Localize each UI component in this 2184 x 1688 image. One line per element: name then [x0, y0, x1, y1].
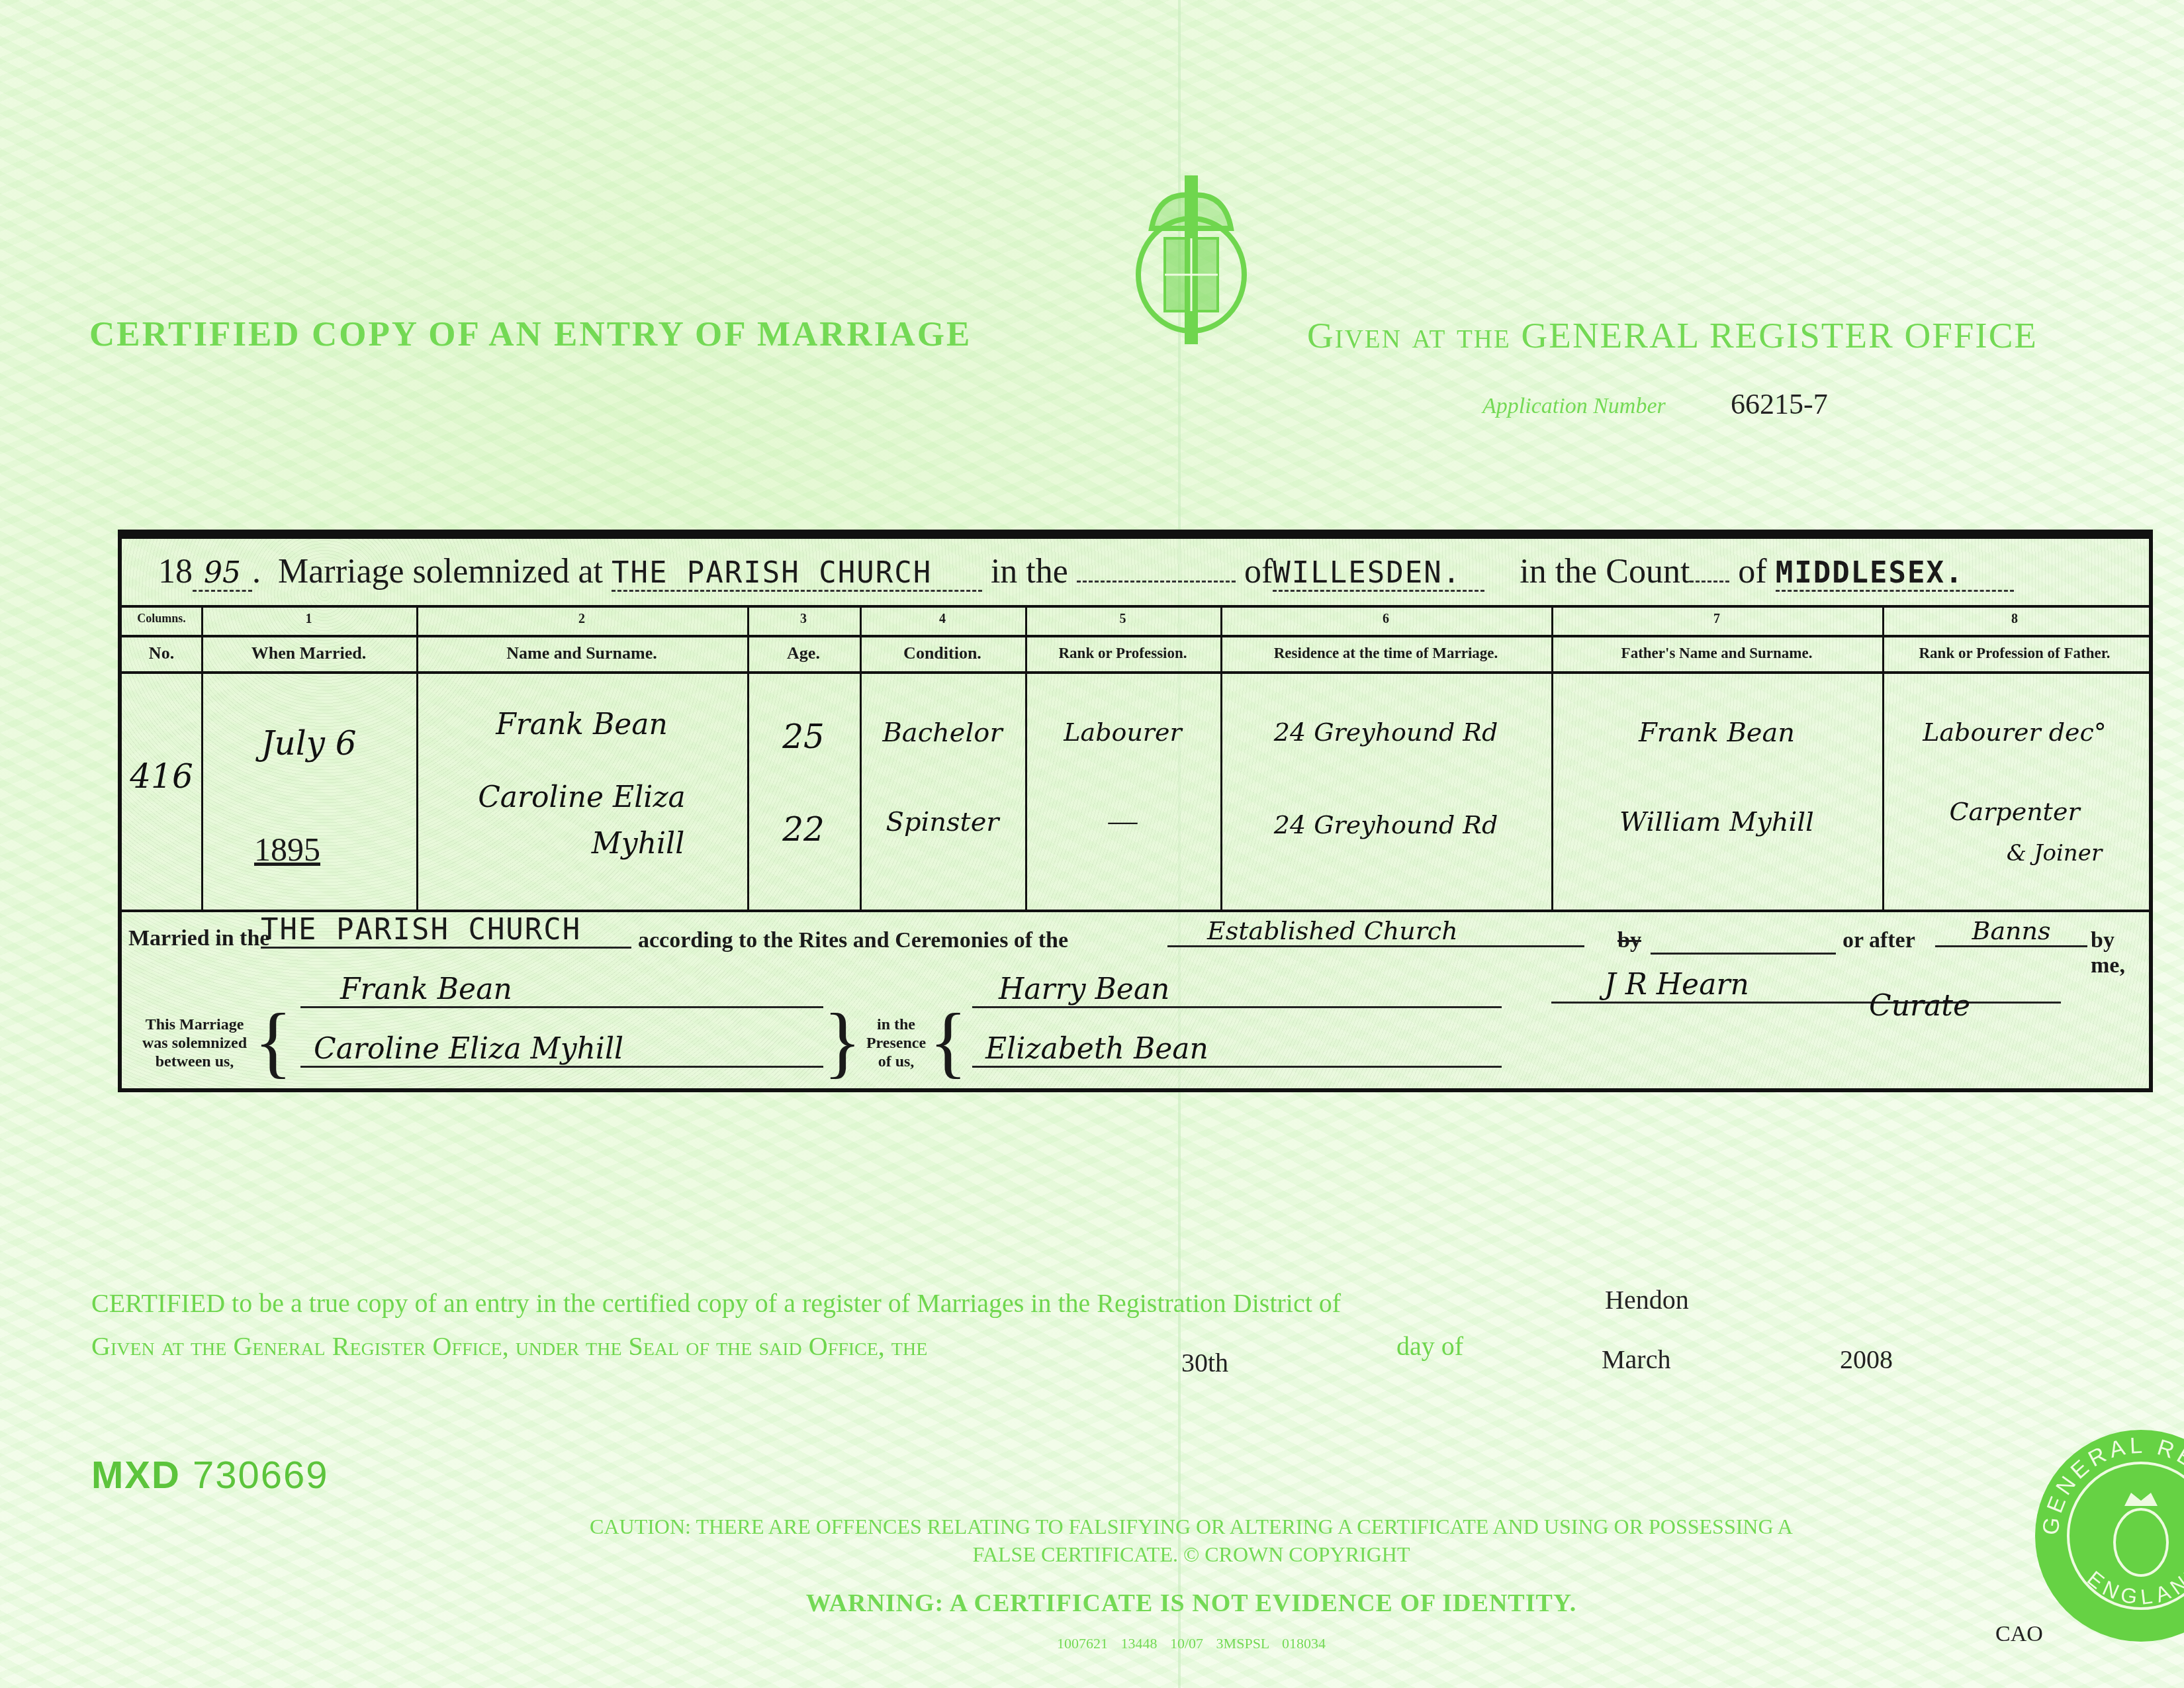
year-suffix: 95 — [193, 556, 252, 592]
in-the-label: in the — [991, 552, 1068, 591]
rites-label: according to the Rites and Ceremonies of… — [638, 928, 1068, 953]
or-after-value: Banns — [1935, 916, 2087, 947]
application-number: 66215-7 — [1731, 387, 1828, 421]
column-number: 1 — [201, 612, 416, 627]
bride-name-line1: Caroline Eliza — [416, 780, 747, 814]
marriage-register-entry: 1895. Marriage solemnized at THE PARISH … — [118, 530, 2153, 1092]
certified-word: CERTIFIED — [91, 1288, 225, 1318]
marriage-year: 1895 — [201, 830, 373, 868]
between-label: This Marriage was solemnized between us, — [135, 1015, 254, 1071]
county-of-label: of — [1738, 552, 1766, 591]
given-at-title: Given at the GENERAL REGISTER OFFICE — [1307, 314, 2038, 356]
certified-text: to be a true copy of an entry in the cer… — [232, 1288, 1341, 1318]
district-blank — [1077, 581, 1236, 583]
witness-2: Elizabeth Bean — [972, 1032, 1502, 1068]
general-register-office-seal-icon: GENERAL REGISTER OFFICE ENGLAND — [2032, 1427, 2184, 1645]
entry-number: 416 — [122, 757, 201, 796]
groom-name: Frank Bean — [416, 708, 747, 741]
or-after-label: or after — [1843, 928, 1915, 953]
rites-value: Established Church — [1167, 916, 1584, 947]
divider — [122, 671, 2149, 674]
marriage-date: July 6 — [201, 724, 416, 763]
groom-residence: 24 Greyhound Rd — [1220, 718, 1551, 747]
header-condition: Condition. — [860, 637, 1025, 670]
certificate-title: CERTIFIED COPY OF AN ENTRY OF MARRIAGE — [89, 314, 972, 354]
parish-name: WILLESDEN. — [1273, 556, 1484, 592]
groom-age: 25 — [747, 718, 860, 756]
bride-name-line2: Myhill — [532, 827, 744, 861]
day-of-label: day of — [1396, 1331, 1463, 1362]
column-number: 5 — [1025, 612, 1220, 627]
groom-father-rank: Labourer dec° — [1882, 718, 2147, 747]
header-father-name: Father's Name and Surname. — [1551, 637, 1882, 670]
column-number: 3 — [747, 612, 860, 627]
year-prefix: 18 — [158, 552, 193, 591]
groom-rank: Labourer — [1025, 718, 1220, 747]
register-title-line: 1895. Marriage solemnized at THE PARISH … — [158, 552, 2014, 592]
bride-rank: — — [1025, 804, 1220, 837]
married-in-label: Married in the — [128, 926, 269, 951]
serial-number: 730669 — [193, 1454, 329, 1497]
presence-label: in the Presence of us, — [856, 1015, 936, 1071]
certificate-serial: MXD 730669 — [91, 1453, 329, 1497]
header-age: Age. — [747, 637, 860, 670]
column-number: 6 — [1220, 612, 1551, 627]
serial-prefix: MXD — [91, 1454, 181, 1497]
print-code: 1007621 13448 10/07 3MSPSL 018034 — [463, 1635, 1919, 1652]
bride-age: 22 — [747, 810, 860, 849]
column-number: 8 — [1882, 612, 2147, 627]
column-number: 4 — [860, 612, 1025, 627]
witness-1: Harry Bean — [972, 972, 1502, 1008]
bride-father-rank-line2: & Joiner — [1962, 840, 2147, 867]
divider — [122, 910, 2149, 912]
left-brace: { — [254, 1002, 293, 1082]
left-brace: { — [929, 1002, 968, 1082]
bride-condition: Spinster — [860, 807, 1025, 837]
solemnized-label: Marriage solemnized at — [278, 552, 603, 591]
by-me-label: by me, — [2091, 928, 2149, 978]
royal-coat-of-arms-icon — [1118, 165, 1264, 351]
header-when-married: When Married. — [201, 637, 416, 670]
columns-label: Columns. — [122, 612, 201, 626]
identity-warning: WARNING: A CERTIFICATE IS NOT EVIDENCE O… — [463, 1589, 1919, 1618]
column-number: 7 — [1551, 612, 1882, 627]
caution-notice: CAUTION: THERE ARE OFFENCES RELATING TO … — [463, 1513, 1919, 1568]
header-father-rank: Rank or Profession of Father. — [1882, 637, 2147, 670]
certification-line-2: Given at the General Register Office, un… — [91, 1331, 927, 1362]
column-number: 2 — [416, 612, 747, 627]
bride-father-name: William Myhill — [1551, 807, 1882, 837]
groom-signature: Frank Bean — [300, 972, 823, 1008]
right-brace: } — [823, 1002, 862, 1082]
certification-month: March — [1602, 1344, 1670, 1375]
groom-condition: Bachelor — [860, 718, 1025, 748]
header-residence: Residence at the time of Marriage. — [1220, 637, 1551, 670]
certification-day: 30th — [1181, 1347, 1228, 1378]
solemnized-place: THE PARISH CHURCH — [612, 556, 982, 592]
licence-blank — [1651, 953, 1836, 955]
certification-line-1: CERTIFIED to be a true copy of an entry … — [91, 1288, 1341, 1319]
divider — [122, 605, 2149, 608]
by-label: by — [1617, 928, 1641, 953]
header-no: No. — [122, 637, 201, 670]
bride-father-rank-line1: Carpenter — [1882, 797, 2147, 826]
officiant-signature: J R Hearn — [1551, 968, 2061, 1004]
of-label: of — [1244, 552, 1273, 591]
header-name: Name and Surname. — [416, 637, 747, 670]
married-in-place: THE PARISH CHURCH — [261, 913, 631, 949]
bride-residence: 24 Greyhound Rd — [1220, 810, 1551, 839]
officiant-title: Curate — [1869, 989, 1970, 1023]
groom-father-name: Frank Bean — [1551, 718, 1882, 748]
certification-year: 2008 — [1840, 1344, 1893, 1375]
registration-district: Hendon — [1605, 1284, 1689, 1315]
header-rank: Rank or Profession. — [1025, 637, 1220, 670]
county-label: in the Count — [1520, 552, 1690, 591]
bride-signature: Caroline Eliza Myhill — [300, 1032, 823, 1068]
county-name: MIDDLESEX. — [1776, 556, 2014, 592]
application-number-label: Application Number — [1482, 394, 1666, 419]
